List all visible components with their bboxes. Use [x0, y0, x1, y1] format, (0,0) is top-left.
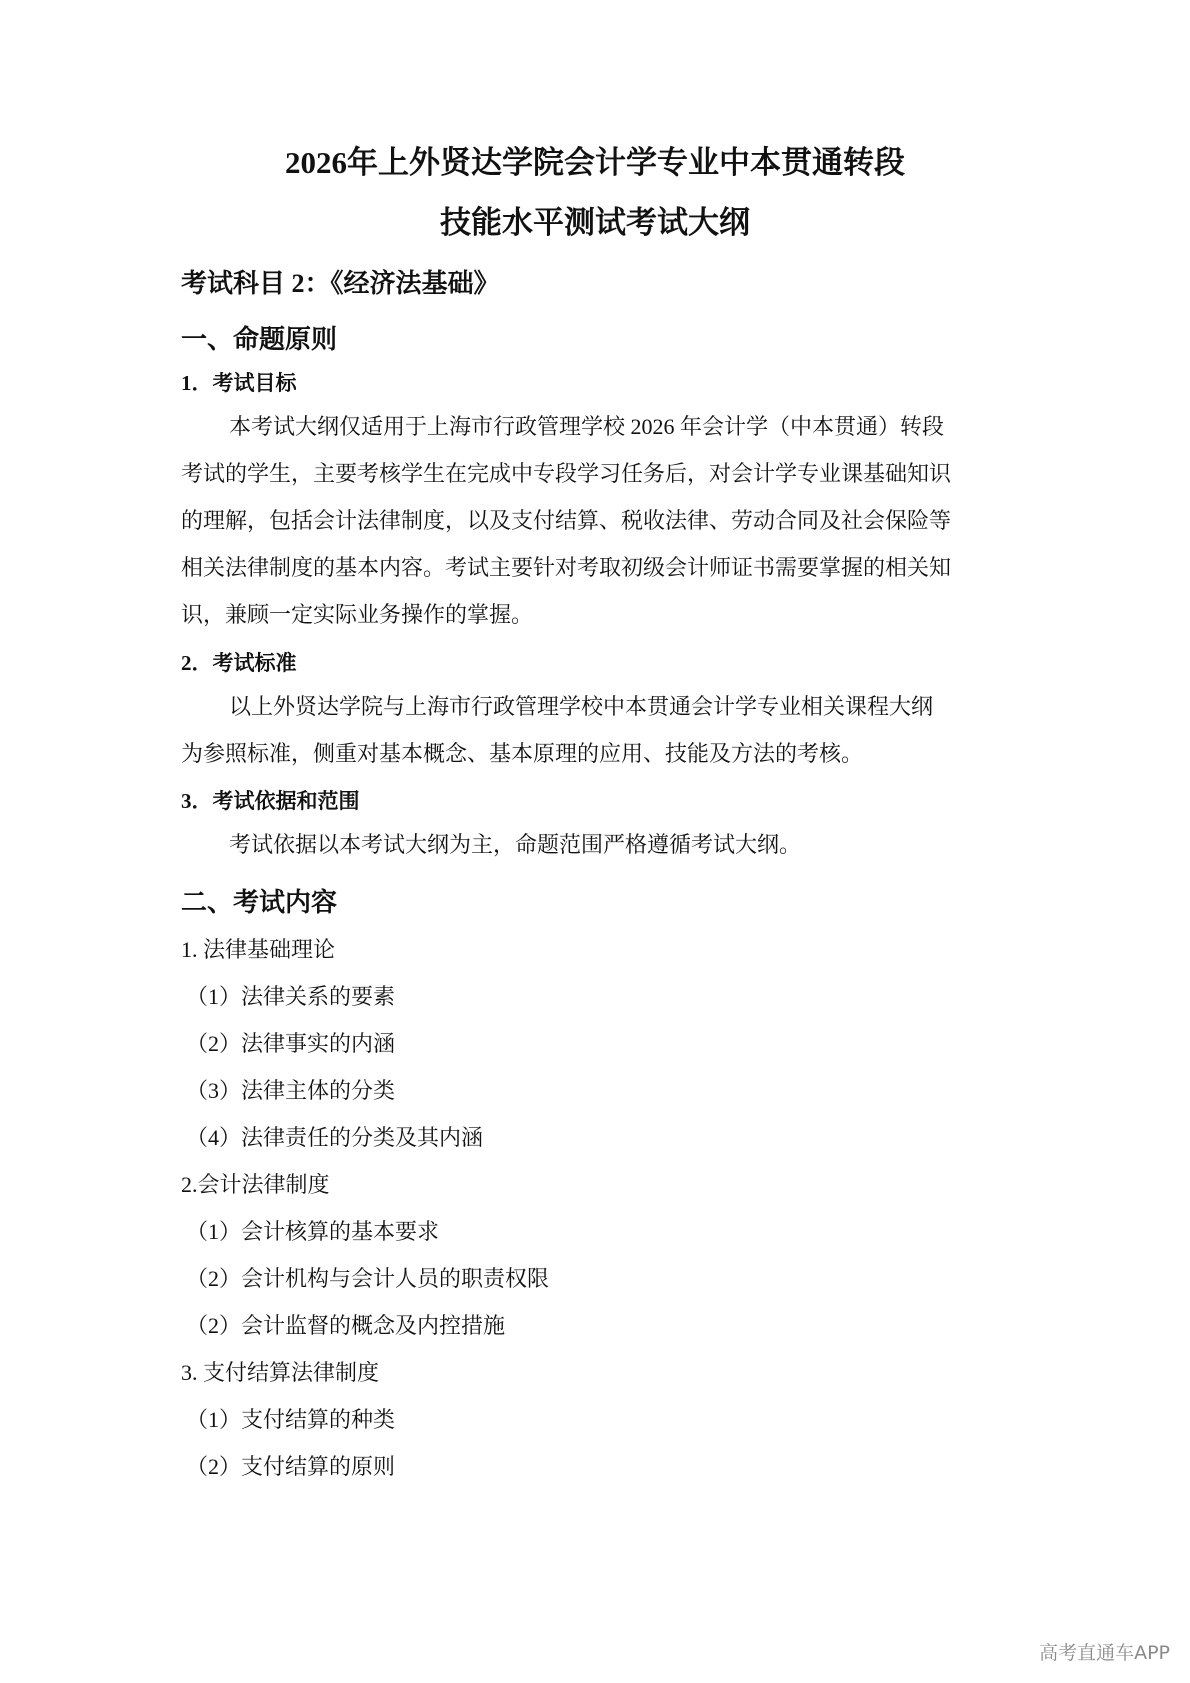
paragraph-line: 相关法律制度的基本内容。考试主要针对考取初级会计师证书需要掌握的相关知 — [181, 553, 951, 583]
document-title-line-1: 2026年上外贤达学院会计学专业中本贯通转段 — [0, 143, 1190, 183]
watermark-text: 高考直通车APP — [1039, 1641, 1170, 1665]
content-topic: 3. 支付结算法律制度 — [181, 1358, 379, 1388]
content-subtopic: （3）法律主体的分类 — [186, 1076, 395, 1106]
subsection-heading-exam-scope: 3．考试依据和范围 — [181, 786, 360, 816]
content-subtopic: （2）会计监督的概念及内控措施 — [186, 1311, 505, 1341]
paragraph-line: 的理解，包括会计法律制度，以及支付结算、税收法律、劳动合同及社会保险等 — [181, 506, 951, 536]
content-subtopic: （1）会计核算的基本要求 — [186, 1217, 439, 1247]
content-subtopic: （4）法律责任的分类及其内涵 — [186, 1123, 483, 1153]
content-subtopic: （1）法律关系的要素 — [186, 982, 395, 1012]
paragraph-line: 以上外贤达学院与上海市行政管理学校中本贯通会计学专业相关课程大纲 — [229, 692, 933, 722]
subsection-heading-exam-goal: 1．考试目标 — [181, 368, 297, 398]
paragraph-line: 本考试大纲仅适用于上海市行政管理学校 2026 年会计学（中本贯通）转段 — [229, 412, 944, 442]
document-page: 2026年上外贤达学院会计学专业中本贯通转段 技能水平测试考试大纲 考试科目 2… — [0, 0, 1190, 1683]
content-topic: 2.会计法律制度 — [181, 1170, 330, 1200]
content-subtopic: （2）支付结算的原则 — [186, 1452, 395, 1482]
paragraph-line: 考试的学生，主要考核学生在完成中专段学习任务后，对会计学专业课基础知识 — [181, 459, 951, 489]
subsection-heading-exam-standard: 2．考试标准 — [181, 648, 297, 678]
paragraph-line: 考试依据以本考试大纲为主，命题范围严格遵循考试大纲。 — [229, 830, 801, 860]
content-topic: 1. 法律基础理论 — [181, 935, 335, 965]
paragraph-line: 识，兼顾一定实际业务操作的掌握。 — [181, 600, 533, 630]
section-heading-principles: 一、命题原则 — [181, 323, 337, 357]
paragraph-line: 为参照标准，侧重对基本概念、基本原理的应用、技能及方法的考核。 — [181, 739, 863, 769]
section-heading-content: 二、考试内容 — [181, 886, 337, 920]
exam-subject: 考试科目 2：《经济法基础》 — [181, 267, 500, 301]
content-subtopic: （2）法律事实的内涵 — [186, 1029, 395, 1059]
document-title-line-2: 技能水平测试考试大纲 — [0, 203, 1190, 243]
content-subtopic: （2）会计机构与会计人员的职责权限 — [186, 1264, 549, 1294]
content-subtopic: （1）支付结算的种类 — [186, 1405, 395, 1435]
